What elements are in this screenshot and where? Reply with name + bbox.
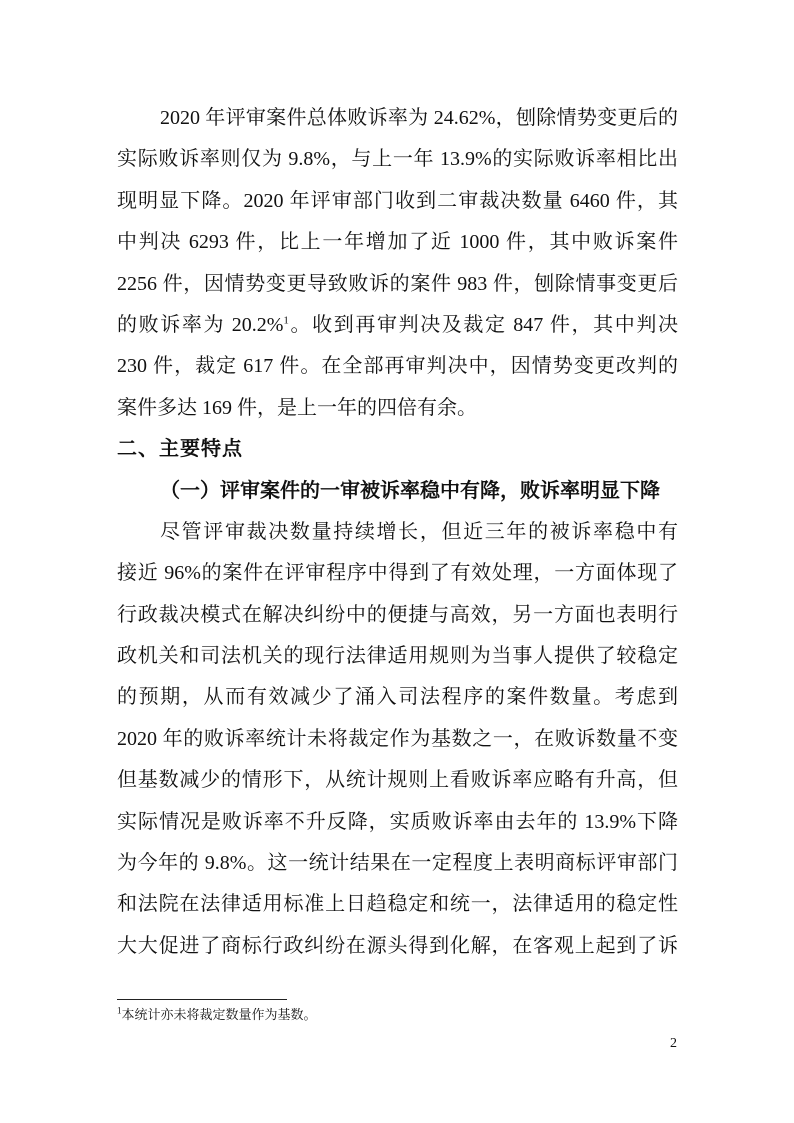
footnote-separator <box>117 999 287 1000</box>
document-page: 2020 年评审案件总体败诉率为 24.62%，刨除情势变更后的实际败诉率则仅为… <box>0 0 794 1123</box>
text-line: 和法院在法律适用标准上日趋稳定和统一，法律适用的稳定性 <box>117 884 678 925</box>
text-run: 但基数减少的情形下，从统计规则上看败诉率应略有升高，但 <box>117 769 678 791</box>
text-run: 实际情况是败诉率不升反降，实质败诉率由去年的 13.9%下降 <box>117 811 678 833</box>
text-run: 中判决 6293 件，比上一年增加了近 1000 件，其中败诉案件 <box>117 231 678 253</box>
text-line: 现明显下降。2020 年评审部门收到二审裁决数量 6460 件，其 <box>117 181 678 222</box>
text-run: 接近 96%的案件在评审程序中得到了有效处理，一方面体现了 <box>117 562 678 584</box>
text-run: 现明显下降。2020 年评审部门收到二审裁决数量 6460 件，其 <box>117 190 678 212</box>
text-run: 实际败诉率则仅为 9.8%，与上一年 13.9%的实际败诉率相比出 <box>117 148 678 170</box>
text-line: 行政裁决模式在解决纠纷中的便捷与高效，另一方面也表明行 <box>117 595 678 636</box>
text-run: 行政裁决模式在解决纠纷中的便捷与高效，另一方面也表明行 <box>117 604 678 626</box>
text-line: 但基数减少的情形下，从统计规则上看败诉率应略有升高，但 <box>117 760 678 801</box>
text-line: 接近 96%的案件在评审程序中得到了有效处理，一方面体现了 <box>117 553 678 594</box>
text-run: 2256 件，因情势变更导致败诉的案件 983 件，刨除情事变更后 <box>117 273 678 295</box>
footnote: 1本统计亦未将裁定数量作为基数。 <box>117 1006 678 1024</box>
text-line: 230 件，裁定 617 件。在全部再审判决中，因情势变更改判的 <box>117 346 678 387</box>
page-body: 2020 年评审案件总体败诉率为 24.62%，刨除情势变更后的实际败诉率则仅为… <box>117 98 678 967</box>
text-line: 尽管评审裁决数量持续增长，但近三年的被诉率稳中有降， <box>117 512 678 553</box>
footnote-text: 本统计亦未将裁定数量作为基数。 <box>122 1007 317 1022</box>
text-run: 政机关和司法机关的现行法律适用规则为当事人提供了较稳定 <box>117 645 678 667</box>
text-run: 的预期，从而有效减少了涌入司法程序的案件数量。考虑到 <box>117 686 678 708</box>
text-line: 案件多达 169 件，是上一年的四倍有余。 <box>117 388 678 429</box>
text-run: 和法院在法律适用标准上日趋稳定和统一，法律适用的稳定性 <box>117 893 678 915</box>
text-run: 尽管评审裁决数量持续增长，但近三年的被诉率稳中有降， <box>117 521 678 553</box>
text-run: 。收到再审判决及裁定 847 件，其中判决 <box>289 314 678 336</box>
text-line: 的预期，从而有效减少了涌入司法程序的案件数量。考虑到 <box>117 677 678 718</box>
text-line: 中判决 6293 件，比上一年增加了近 1000 件，其中败诉案件 <box>117 222 678 263</box>
footnote-area: 1本统计亦未将裁定数量作为基数。 <box>117 999 678 1024</box>
text-line: 实际情况是败诉率不升反降，实质败诉率由去年的 13.9%下降 <box>117 802 678 843</box>
text-line: 为今年的 9.8%。这一统计结果在一定程度上表明商标评审部门 <box>117 843 678 884</box>
text-line: 2020 年评审案件总体败诉率为 24.62%，刨除情势变更后的 <box>117 98 678 139</box>
paragraph-overall-loss-rate: 2020 年评审案件总体败诉率为 24.62%，刨除情势变更后的实际败诉率则仅为… <box>117 98 678 429</box>
text-line: 政机关和司法机关的现行法律适用规则为当事人提供了较稳定 <box>117 636 678 677</box>
text-run: 2020 年的败诉率统计未将裁定作为基数之一，在败诉数量不变 <box>117 728 678 750</box>
text-line: 的败诉率为 20.2%1。收到再审判决及裁定 847 件，其中判决 <box>117 305 678 346</box>
page-number: 2 <box>670 1036 677 1052</box>
text-run: 大大促进了商标行政纠纷在源头得到化解，在客观上起到了诉 <box>117 935 678 957</box>
text-line: 实际败诉率则仅为 9.8%，与上一年 13.9%的实际败诉率相比出 <box>117 139 678 180</box>
subsection-heading: （一）评审案件的一审被诉率稳中有降，败诉率明显下降 <box>117 471 678 512</box>
text-line: 大大促进了商标行政纠纷在源头得到化解，在客观上起到了诉 <box>117 926 678 967</box>
text-line: 2020 年的败诉率统计未将裁定作为基数之一，在败诉数量不变 <box>117 719 678 760</box>
section-heading: 二、主要特点 <box>117 429 678 470</box>
text-run: 的败诉率为 20.2% <box>117 314 283 336</box>
text-run: 为今年的 9.8%。这一统计结果在一定程度上表明商标评审部门 <box>117 852 678 874</box>
paragraph-main-features: 尽管评审裁决数量持续增长，但近三年的被诉率稳中有降，接近 96%的案件在评审程序… <box>117 512 678 967</box>
text-run: 案件多达 169 件，是上一年的四倍有余。 <box>117 397 477 419</box>
text-run: 230 件，裁定 617 件。在全部再审判决中，因情势变更改判的 <box>117 355 678 377</box>
text-line: 2256 件，因情势变更导致败诉的案件 983 件，刨除情事变更后 <box>117 264 678 305</box>
text-run: 2020 年评审案件总体败诉率为 24.62%，刨除情势变更后的 <box>160 107 678 129</box>
